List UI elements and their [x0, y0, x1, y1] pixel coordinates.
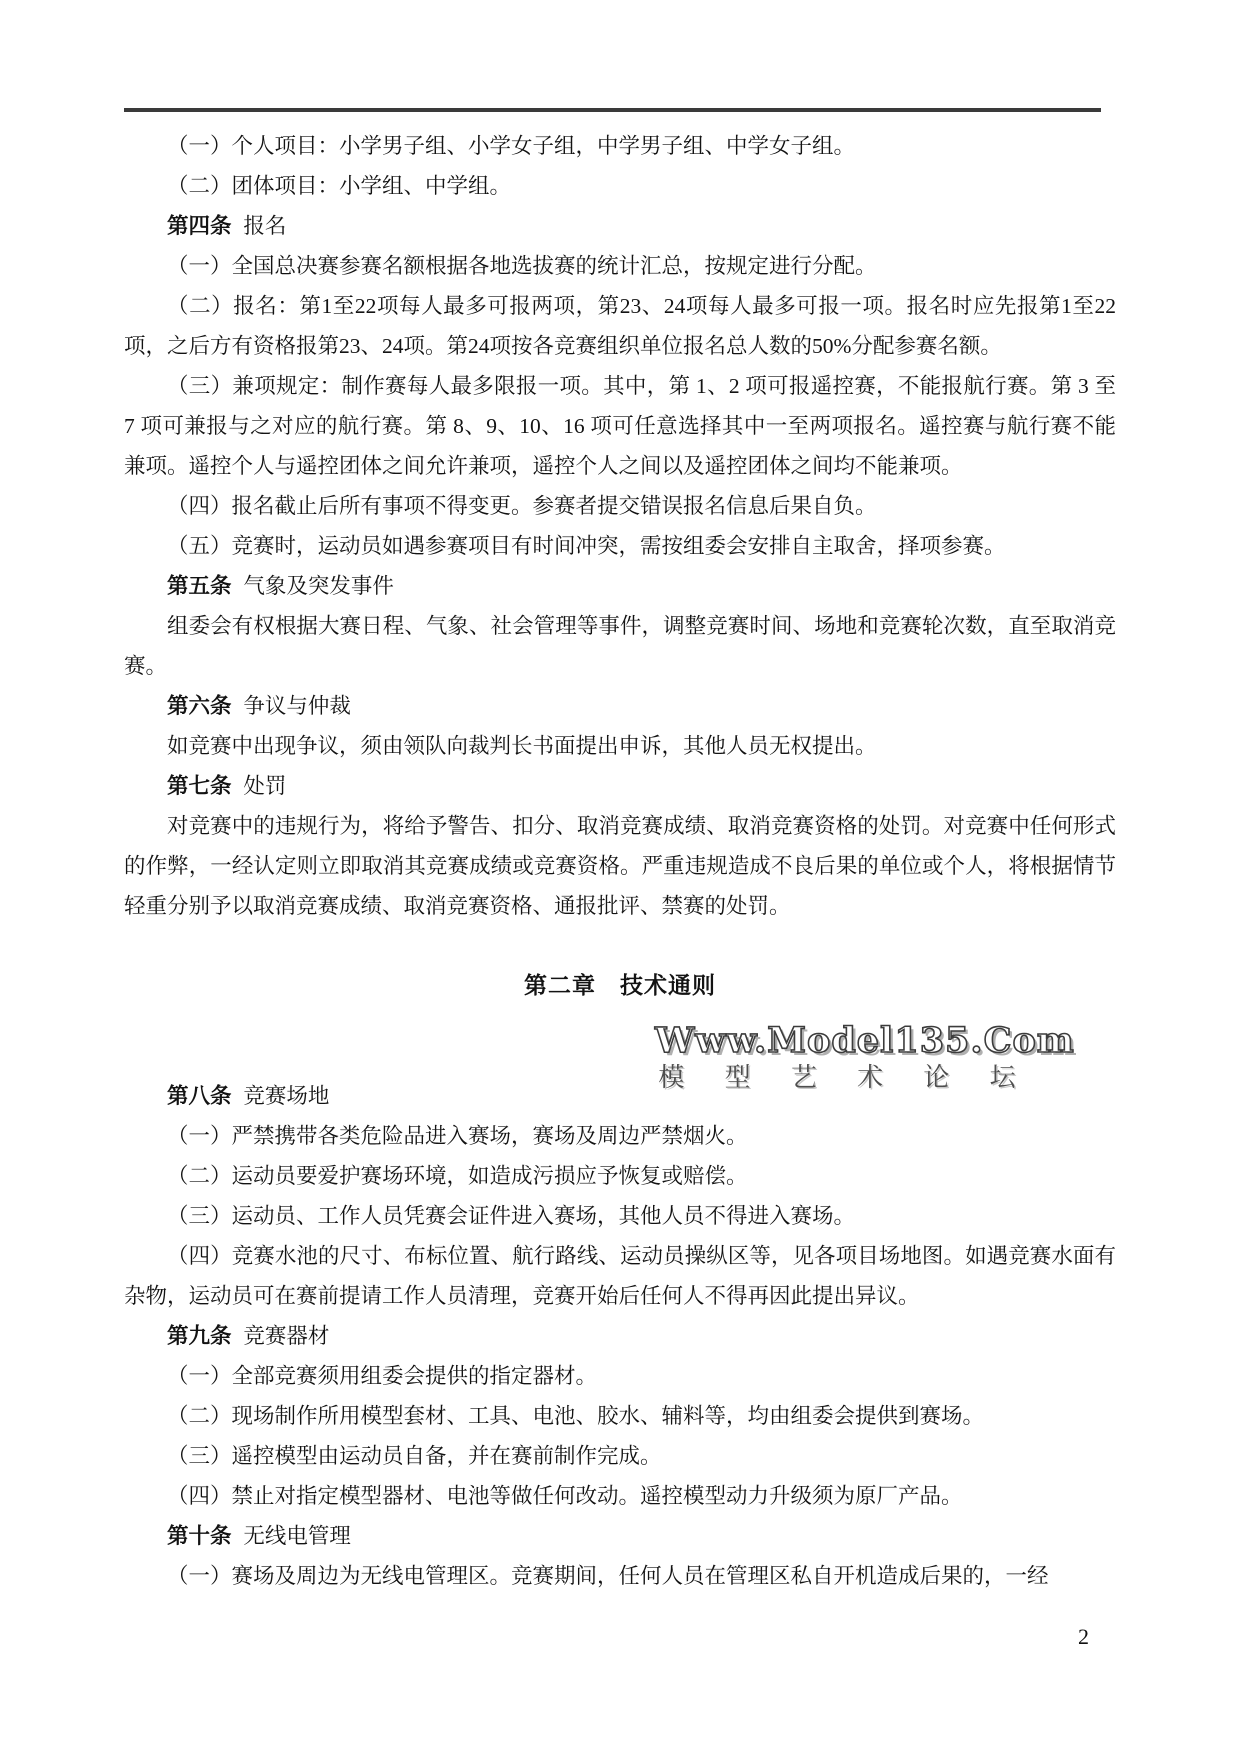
article-heading: 第五条气象及突发事件: [124, 566, 1116, 606]
paragraph: （一）全部竞赛须用组委会提供的指定器材。: [124, 1356, 1116, 1396]
article-number: 第四条: [167, 214, 232, 238]
paragraph: （三）运动员、工作人员凭赛会证件进入赛场，其他人员不得进入赛场。: [124, 1196, 1116, 1236]
article-title: 报名: [243, 214, 286, 238]
paragraph: 如竞赛中出现争议，须由领队向裁判长书面提出申诉，其他人员无权提出。: [124, 726, 1116, 766]
paragraph: （二）运动员要爱护赛场环境，如造成污损应予恢复或赔偿。: [124, 1156, 1116, 1196]
document-body: （一）个人项目：小学男子组、小学女子组，中学男子组、中学女子组。（二）团体项目：…: [124, 126, 1116, 1596]
article-number: 第七条: [167, 774, 232, 798]
paragraph: （一）赛场及周边为无线电管理区。竞赛期间，任何人员在管理区私自开机造成后果的，一…: [124, 1556, 1116, 1596]
header-rule: [124, 108, 1101, 112]
article-number: 第八条: [167, 1084, 232, 1108]
article-heading: 第十条无线电管理: [124, 1516, 1116, 1556]
article-number: 第九条: [167, 1324, 232, 1348]
article-heading: 第九条竞赛器材: [124, 1316, 1116, 1356]
article-heading: 第八条竞赛场地: [124, 1076, 1116, 1116]
article-title: 竞赛场地: [243, 1084, 329, 1108]
article-title: 气象及突发事件: [243, 574, 394, 598]
article-heading: 第七条处罚: [124, 766, 1116, 806]
paragraph: （四）竞赛水池的尺寸、布标位置、航行路线、运动员操纵区等，见各项目场地图。如遇竞…: [124, 1236, 1116, 1316]
chapter-heading: 第二章 技术通则: [124, 966, 1116, 1006]
paragraph: （四）禁止对指定模型器材、电池等做任何改动。遥控模型动力升级须为原厂产品。: [124, 1476, 1116, 1516]
article-title: 无线电管理: [243, 1524, 351, 1548]
paragraph: （二）现场制作所用模型套材、工具、电池、胶水、辅料等，均由组委会提供到赛场。: [124, 1396, 1116, 1436]
page-number: 2: [1078, 1622, 1089, 1652]
paragraph: 组委会有权根据大赛日程、气象、社会管理等事件，调整竞赛时间、场地和竞赛轮次数，直…: [124, 606, 1116, 686]
article-heading: 第六条争议与仲裁: [124, 686, 1116, 726]
article-title: 处罚: [243, 774, 286, 798]
article-number: 第六条: [167, 694, 232, 718]
paragraph: （三）遥控模型由运动员自备，并在赛前制作完成。: [124, 1436, 1116, 1476]
article-number: 第十条: [167, 1524, 232, 1548]
paragraph: （三）兼项规定：制作赛每人最多限报一项。其中，第 1、2 项可报遥控赛，不能报航…: [124, 366, 1116, 486]
paragraph: （二）团体项目：小学组、中学组。: [124, 166, 1116, 206]
paragraph: （四）报名截止后所有事项不得变更。参赛者提交错误报名信息后果自负。: [124, 486, 1116, 526]
paragraph: （一）严禁携带各类危险品进入赛场，赛场及周边严禁烟火。: [124, 1116, 1116, 1156]
article-number: 第五条: [167, 574, 232, 598]
paragraph: 对竞赛中的违规行为，将给予警告、扣分、取消竞赛成绩、取消竞赛资格的处罚。对竞赛中…: [124, 806, 1116, 926]
paragraph: （二）报名：第1至22项每人最多可报两项，第23、24项每人最多可报一项。报名时…: [124, 286, 1116, 366]
document-page: （一）个人项目：小学男子组、小学女子组，中学男子组、中学女子组。（二）团体项目：…: [0, 0, 1240, 1753]
paragraph: （五）竞赛时，运动员如遇参赛项目有时间冲突，需按组委会安排自主取舍，择项参赛。: [124, 526, 1116, 566]
article-title: 竞赛器材: [243, 1324, 329, 1348]
paragraph: （一）全国总决赛参赛名额根据各地选拔赛的统计汇总，按规定进行分配。: [124, 246, 1116, 286]
paragraph: （一）个人项目：小学男子组、小学女子组，中学男子组、中学女子组。: [124, 126, 1116, 166]
article-title: 争议与仲裁: [243, 694, 351, 718]
article-heading: 第四条报名: [124, 206, 1116, 246]
